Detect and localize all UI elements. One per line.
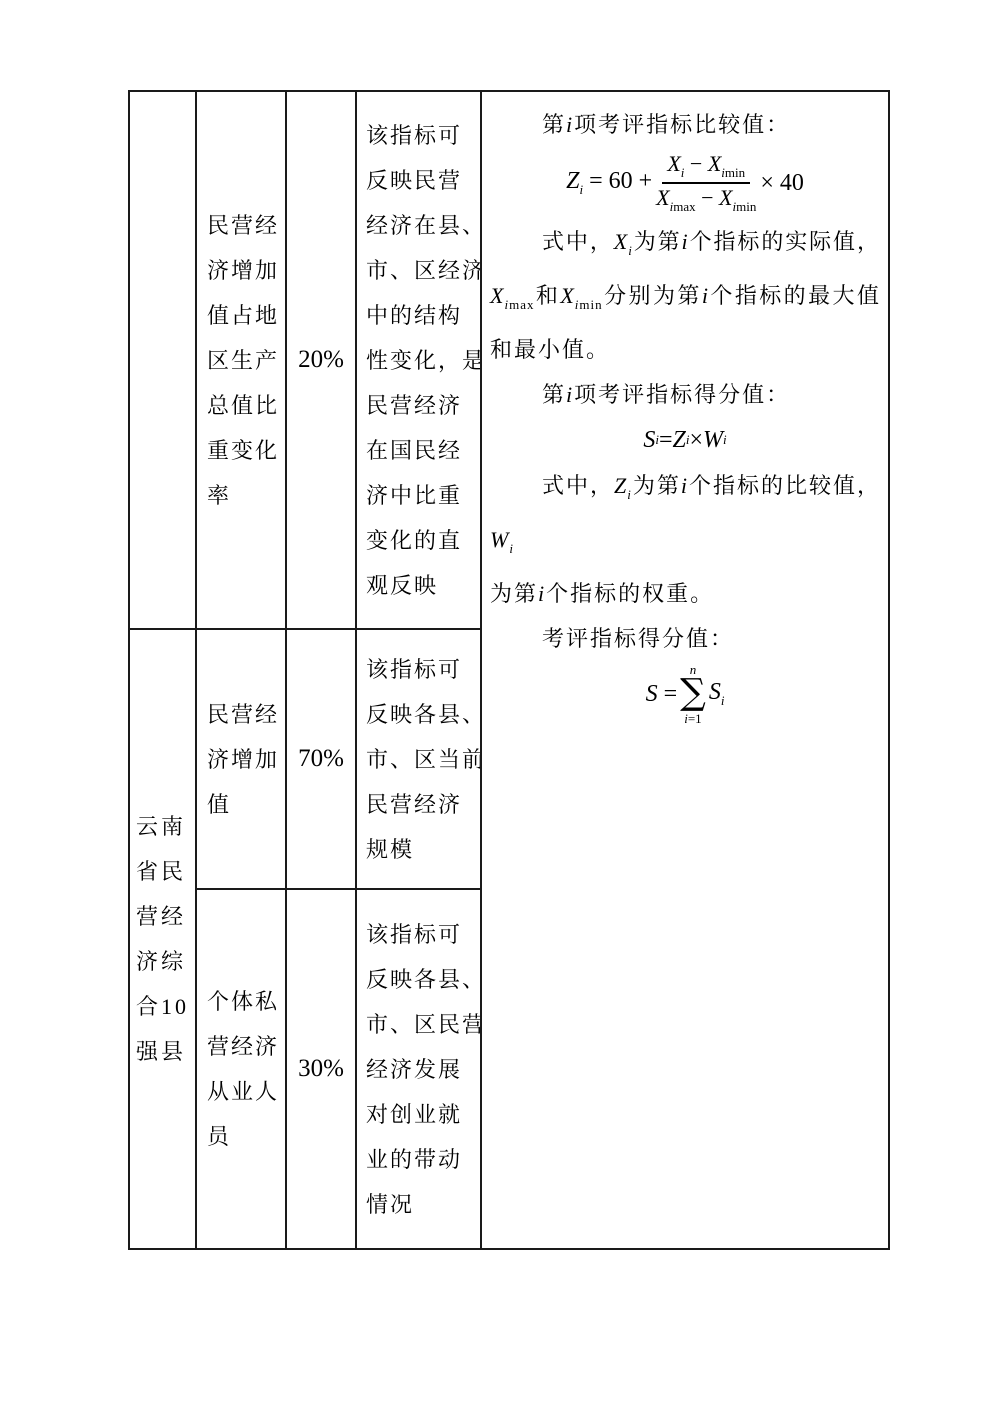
text-line: 市、区经济 [366, 248, 479, 293]
formula-z-rhs: × 40 [760, 170, 804, 197]
text-run: i [721, 693, 725, 708]
text-line: 对创业就 [366, 1092, 479, 1137]
text-line: 经济发展 [366, 1047, 479, 1092]
description-cell: 该指标可反映各县、市、区民营经济发展对创业就业的带动情况 [356, 889, 481, 1249]
text-line: 反映各县、 [366, 957, 479, 1002]
formula-si: Si = Zi × Wi [490, 417, 880, 463]
text-run: S [646, 681, 658, 707]
text-run: × 40 [760, 170, 804, 196]
formula-z: Zi = 60 + Xi − Ximin Ximax − Ximin × 40 [490, 147, 880, 219]
document-page: { "page": { "background": "#ffffff", "bo… [0, 0, 992, 1403]
text-line: 式中，Zi为第i个指标的比较值，Wi [490, 463, 880, 571]
text-run: i [566, 112, 574, 137]
text-run: X [708, 151, 721, 176]
fraction: Xi − Ximin Ximax − Ximin [656, 151, 756, 214]
text-run: Z [566, 168, 579, 194]
text-run: min [579, 297, 602, 312]
formula-cell: 第i项考评指标比较值： Zi = 60 + Xi − Ximin Ximax −… [481, 91, 889, 1249]
text-line: 济增加 [207, 248, 285, 293]
text-run: i [682, 229, 689, 254]
sigma-symbol: ∑ [680, 677, 706, 709]
text-run: S [709, 679, 721, 705]
text-line: 济综 [136, 939, 195, 984]
text-run: X [614, 229, 628, 254]
text-run: 分别为第 [603, 283, 702, 308]
text-line: 规模 [366, 827, 479, 872]
text-run: i [509, 541, 514, 556]
text-run: X [719, 185, 732, 210]
text-line: 从业人 [207, 1069, 285, 1114]
text-line: 济中比重 [366, 473, 479, 518]
formula-note-1: 式中，Xi为第i个指标的实际值，Ximax和Ximin分别为第i个指标的最大值和… [490, 219, 880, 372]
indicator-name-cell: 个体私营经济从业人员 [196, 889, 286, 1249]
text-run: 第 [542, 382, 566, 407]
summation: n ∑ i=1 [680, 663, 706, 724]
text-line: 中的结构 [366, 293, 479, 338]
text-line: 反映民营 [366, 158, 479, 203]
indicator-name-cell: 民营经济增加值占地区生产总值比重变化率 [196, 91, 286, 629]
text-line: 业的带动 [366, 1137, 479, 1182]
group-cell: 云南省民营经济综合10强县 [129, 629, 196, 1249]
weight-cell: 30% [286, 889, 356, 1249]
text-run: 个指标的最大值 [709, 283, 880, 308]
text-line: 济增加 [207, 737, 285, 782]
fraction-numerator: Xi − Ximin [662, 151, 750, 184]
indicator-table: 民营经济增加值占地区生产总值比重变化率 20% 该指标可反映民营经济在县、市、区… [128, 90, 890, 1250]
text-line: 观反映 [366, 563, 479, 608]
text-line: 市、区民营 [366, 1002, 479, 1047]
formula-heading-total-score: 考评指标得分值： [490, 616, 880, 661]
text-run: = 60 + [583, 168, 652, 194]
text-line: 省民 [136, 849, 195, 894]
text-run: =1 [688, 711, 702, 726]
text-line: 市、区当前 [366, 737, 479, 782]
text-line: 该指标可 [366, 647, 479, 692]
text-run: X [656, 185, 669, 210]
indicator-name-cell: 民营经济增加值 [196, 629, 286, 889]
text-line: 个体私 [207, 979, 285, 1024]
text-line: 营经 [136, 894, 195, 939]
text-line: 值占地 [207, 293, 285, 338]
text-run: X [560, 283, 574, 308]
weight-cell: 20% [286, 91, 356, 629]
text-run: 式中， [542, 229, 614, 254]
text-run: i [681, 473, 688, 498]
text-line: 性变化，是 [366, 338, 479, 383]
text-run: S [643, 427, 655, 454]
text-run: W [703, 427, 723, 454]
text-run: 为第 [632, 473, 681, 498]
text-run: Z [673, 427, 686, 454]
text-line: 式中，Xi为第i个指标的实际值， [490, 219, 880, 273]
text-line: 该指标可 [366, 912, 479, 957]
text-run: 个指标的实际值， [689, 229, 880, 254]
text-run: 个指标的比较值， [688, 473, 880, 498]
text-run: 和 [534, 283, 560, 308]
group-cell-empty [129, 91, 196, 629]
text-run: − [684, 151, 707, 176]
text-line: 总值比 [207, 383, 285, 428]
fraction-denominator: Ximax − Ximin [656, 184, 756, 215]
formula-note-2: 式中，Zi为第i个指标的比较值，Wi为第i个指标的权重。 [490, 463, 880, 616]
text-line: 民营经 [207, 203, 285, 248]
text-line: 经济在县、 [366, 203, 479, 248]
text-line: 民营经济 [366, 383, 479, 428]
text-run: = [659, 427, 673, 454]
formula-sum-lhs: S = [646, 681, 678, 708]
sum-lower-limit: i=1 [684, 712, 701, 725]
text-line: 该指标可 [366, 113, 479, 158]
text-run: 为第 [633, 229, 682, 254]
formula-heading-score-value: 第i项考评指标得分值： [490, 372, 880, 417]
text-run: i [538, 581, 546, 606]
text-run: max [509, 297, 534, 312]
text-run: i [566, 382, 574, 407]
text-line: 为第i个指标的权重。 [490, 571, 880, 616]
text-run: X [490, 283, 504, 308]
text-run: X [667, 151, 680, 176]
text-line: 区生产 [207, 338, 285, 383]
text-run: 为第 [490, 581, 538, 606]
text-run: max [673, 199, 695, 214]
text-run: − [696, 185, 719, 210]
text-line: 情况 [366, 1182, 479, 1227]
text-run: 第 [542, 112, 566, 137]
text-line: Ximax和Ximin分别为第i个指标的最大值 [490, 273, 880, 327]
text-line: 反映各县、 [366, 692, 479, 737]
formula-sum: S = n ∑ i=1 Si [490, 661, 880, 727]
text-run: 项考评指标得分值： [574, 382, 790, 407]
text-line: 营经济 [207, 1024, 285, 1069]
weight-cell: 70% [286, 629, 356, 889]
text-run: W [490, 527, 509, 552]
text-run: 式中， [542, 473, 614, 498]
text-line: 民营经济 [366, 782, 479, 827]
text-line: 率 [207, 473, 285, 518]
formula-z-lhs: Zi = 60 + [566, 168, 652, 198]
text-run: min [725, 165, 745, 180]
text-run: 项考评指标比较值： [574, 112, 790, 137]
text-line: 强县 [136, 1029, 195, 1074]
text-line: 合10 [136, 984, 195, 1029]
text-run: 和最小值。 [490, 337, 610, 362]
text-line: 和最小值。 [490, 327, 880, 372]
text-run: i [702, 283, 709, 308]
text-run: min [736, 199, 756, 214]
text-run: Z [614, 473, 627, 498]
description-cell: 该指标可反映民营经济在县、市、区经济中的结构性变化，是民营经济在国民经济中比重变… [356, 91, 481, 629]
text-line: 员 [207, 1114, 285, 1159]
text-line: 民营经 [207, 692, 285, 737]
table-row: 民营经济增加值占地区生产总值比重变化率 20% 该指标可反映民营经济在县、市、区… [129, 91, 889, 629]
description-cell: 该指标可反映各县、市、区当前民营经济规模 [356, 629, 481, 889]
text-line: 重变化 [207, 428, 285, 473]
text-run: × [689, 427, 703, 454]
text-line: 在国民经 [366, 428, 479, 473]
text-run: i [723, 432, 727, 448]
text-run: 考评指标得分值： [542, 626, 734, 651]
text-line: 值 [207, 782, 285, 827]
text-line: 云南 [136, 804, 195, 849]
text-run: 个指标的权重。 [546, 581, 714, 606]
text-line: 变化的直 [366, 518, 479, 563]
formula-heading-compare-value: 第i项考评指标比较值： [490, 102, 880, 147]
formula-sum-rhs: Si [709, 679, 725, 709]
text-run: = [658, 681, 678, 707]
